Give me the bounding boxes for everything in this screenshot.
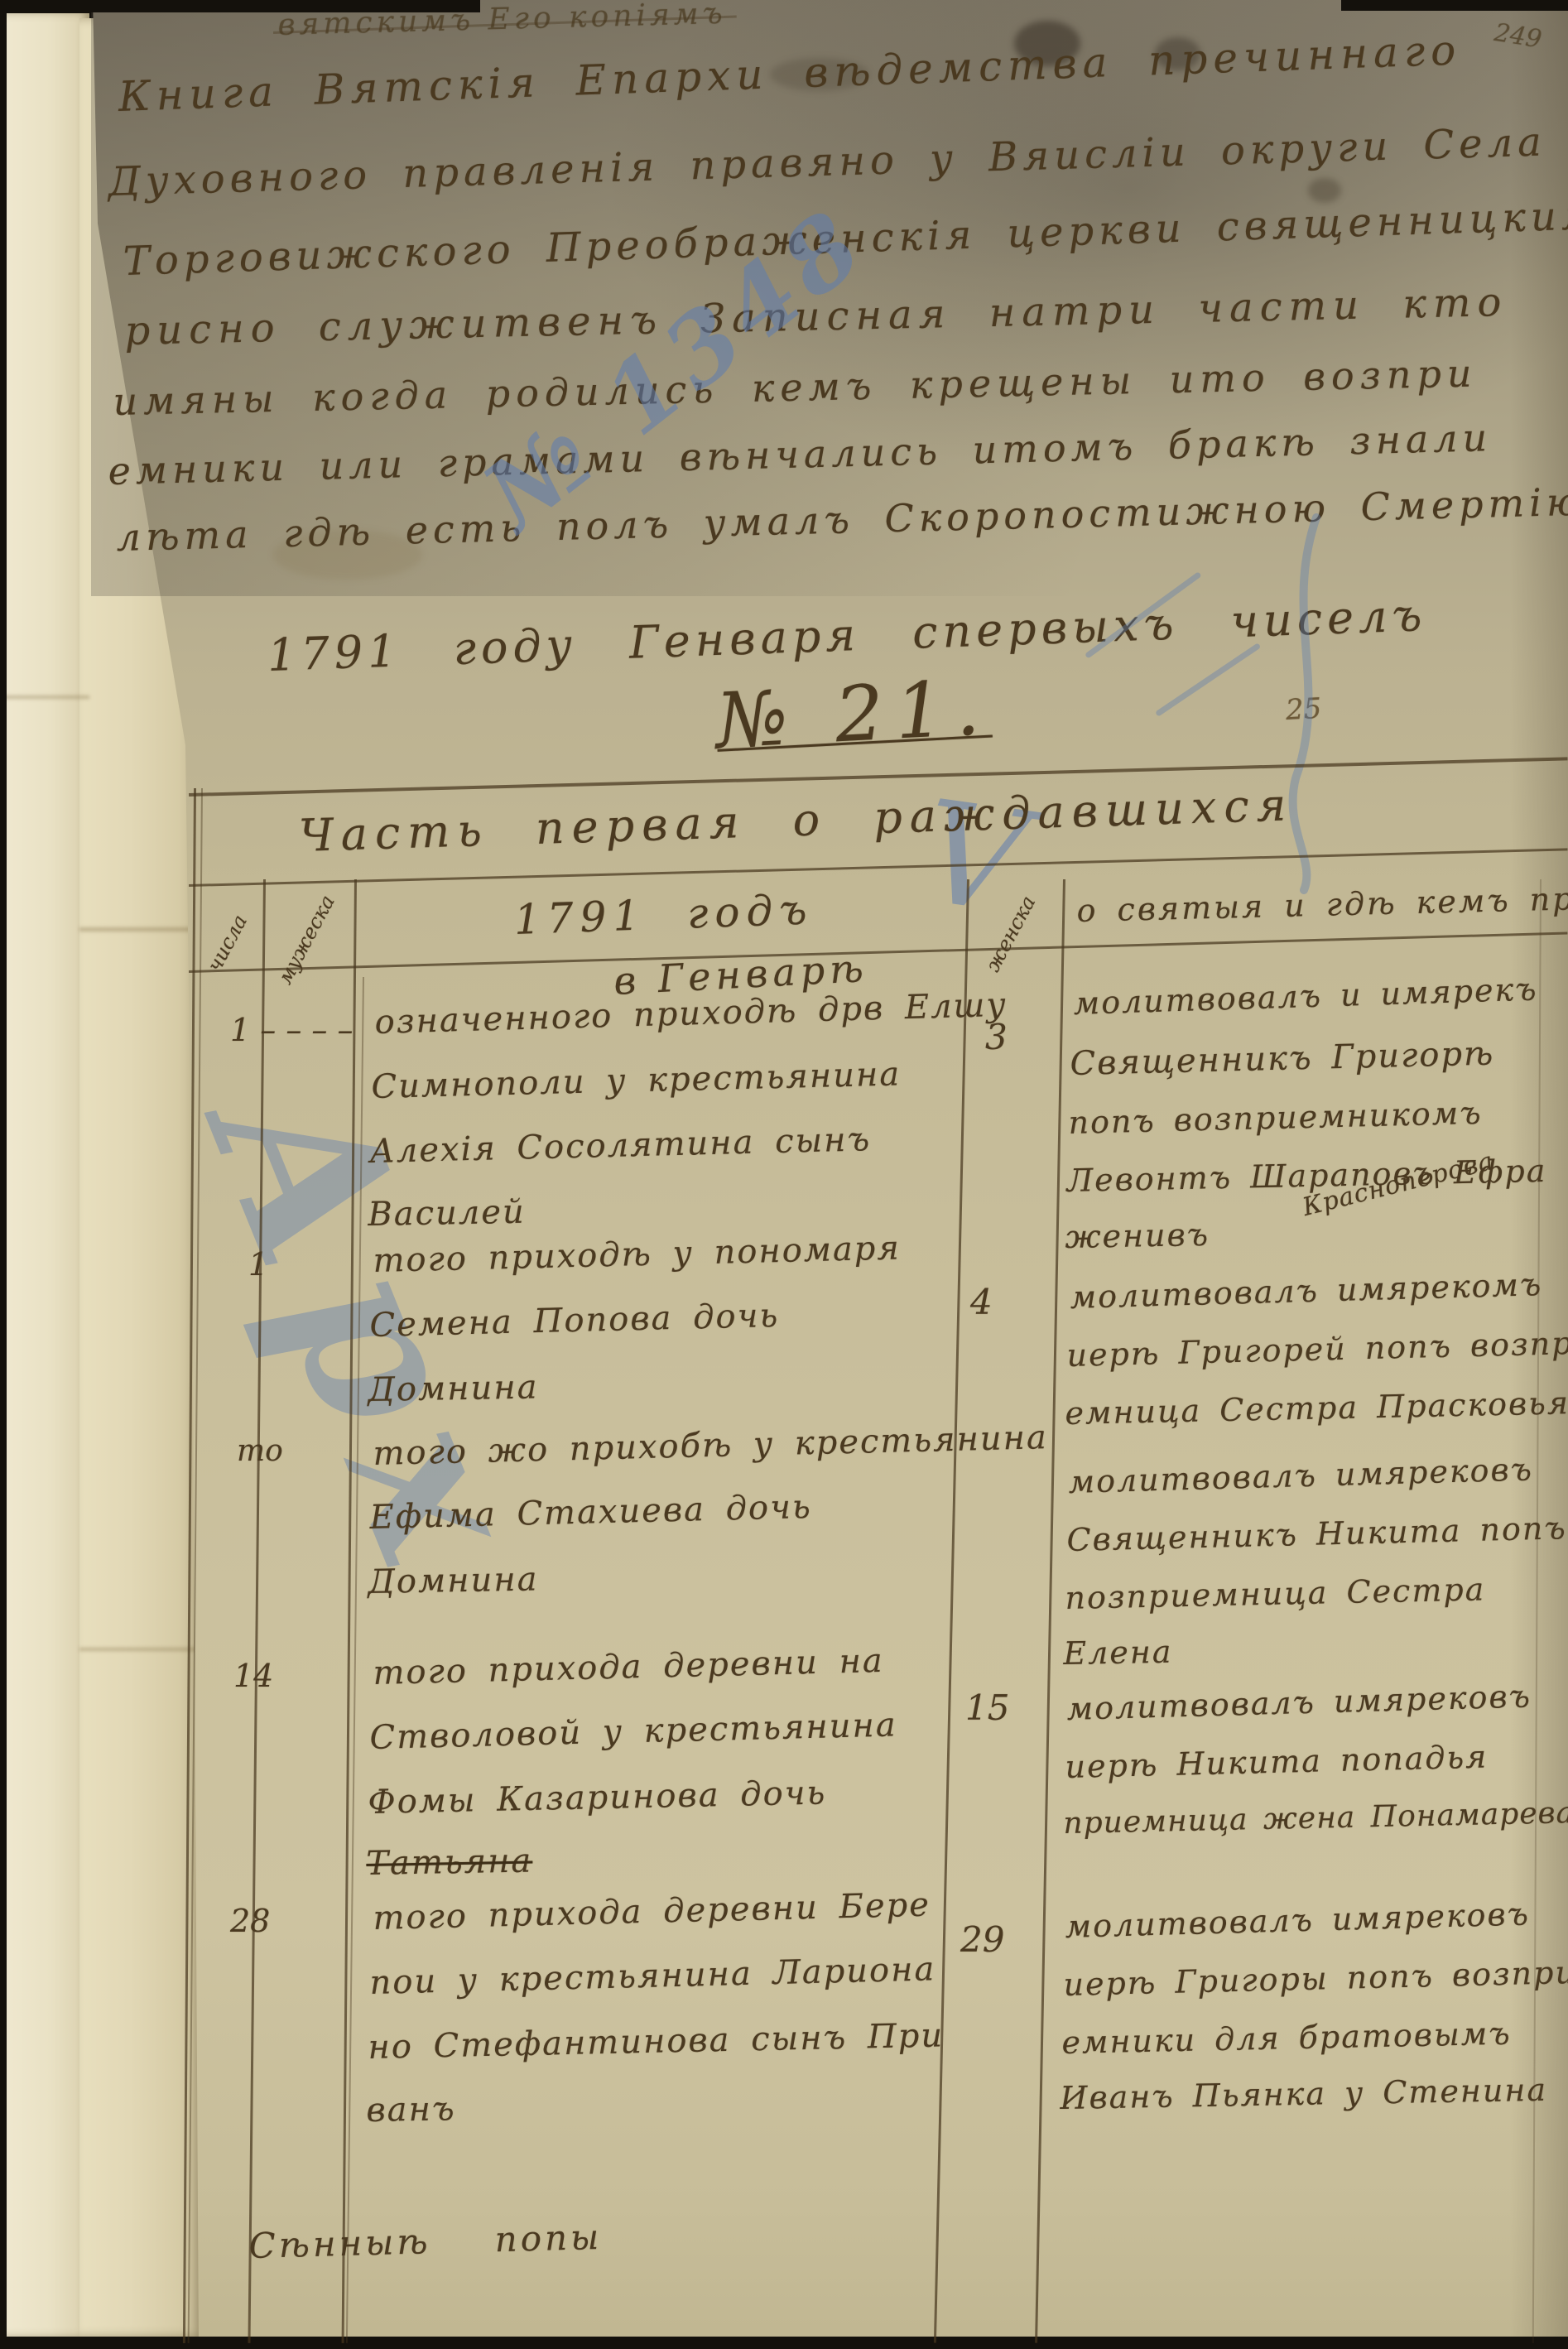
page-crease xyxy=(79,1648,204,1651)
scan-edge xyxy=(1341,0,1568,11)
row-margin-number: 1 – – – – xyxy=(230,1012,354,1048)
baptism-entry-line: женивъ xyxy=(1065,1216,1210,1255)
row-count-number: 4 xyxy=(970,1282,993,1322)
row-margin-number: 14 xyxy=(233,1658,273,1694)
page-crease xyxy=(3,696,89,699)
row-margin-number: 1 xyxy=(248,1246,268,1283)
row-count-number: 29 xyxy=(960,1919,1004,1960)
ink-stain xyxy=(1308,178,1341,203)
birth-entry-line: Василей xyxy=(368,1193,526,1234)
row-margin-number: 28 xyxy=(230,1903,270,1939)
birth-entry-line: Домнина xyxy=(368,1368,539,1409)
birth-entry-line: ванъ xyxy=(366,2090,456,2130)
page-crease xyxy=(79,927,204,931)
underpage-edge-outer xyxy=(3,13,89,2337)
case-number: № 21. xyxy=(714,663,993,766)
birth-entry-line: Домнина xyxy=(368,1560,539,1601)
baptism-entry-line: Елена xyxy=(1063,1634,1173,1672)
row-margin-number: то xyxy=(237,1434,283,1468)
blue-margin-squiggle xyxy=(1258,513,1358,894)
scan-edge xyxy=(0,2337,1568,2349)
scan-edge xyxy=(0,0,7,2349)
birth-entry-line-struck: Татьяна xyxy=(366,1841,533,1882)
row-count-number: 15 xyxy=(965,1687,1009,1728)
manuscript-scan: вятскимъ Его копіямъ 249 Книга Вятскія Е… xyxy=(0,0,1568,2349)
